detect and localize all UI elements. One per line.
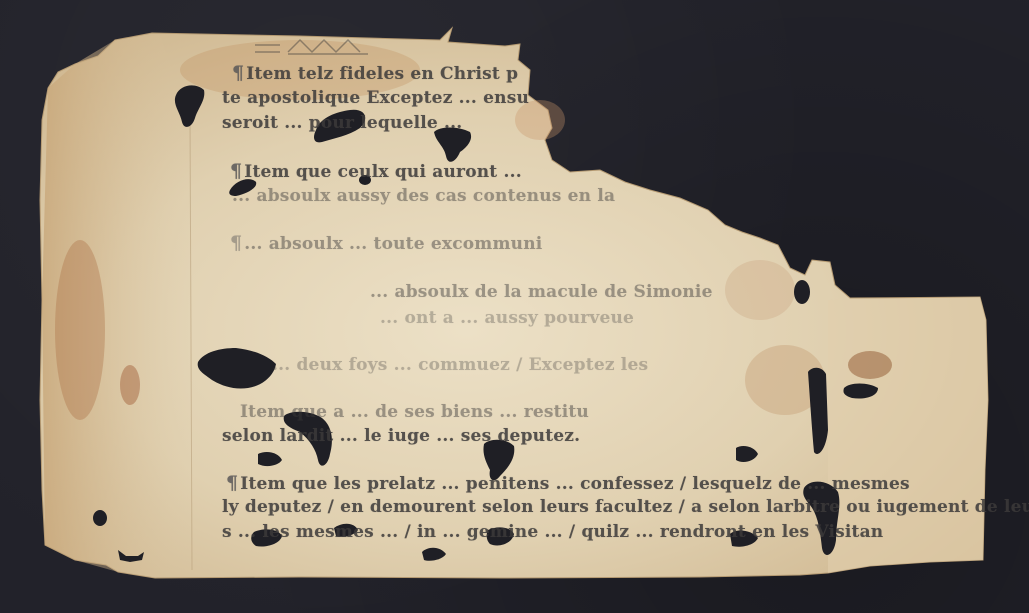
parchment-fragment: ¶Item telz fideles en Christ p te aposto… — [0, 0, 1029, 613]
parchment-shape — [0, 0, 1029, 613]
